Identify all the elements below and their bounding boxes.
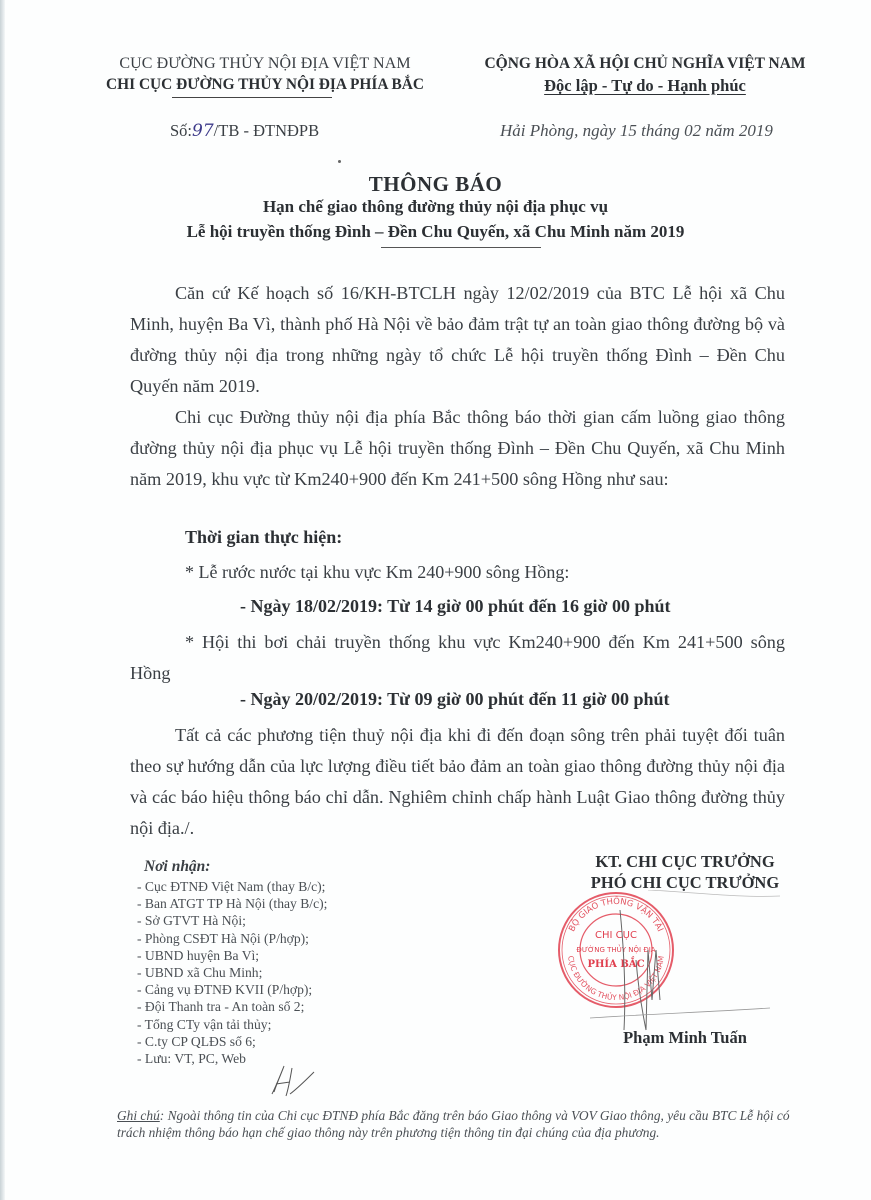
recipient-item: - Cục ĐTNĐ Việt Nam (thay B/c); bbox=[137, 878, 327, 895]
document-title: THÔNG BÁO bbox=[0, 172, 871, 197]
doc-number-suffix: /TB - ĐTNĐPB bbox=[214, 121, 319, 140]
paragraph-announcement: Chi cục Đường thủy nội địa phía Bắc thôn… bbox=[130, 402, 785, 495]
document-page: CỤC ĐƯỜNG THỦY NỘI ĐỊA VIỆT NAM CHI CỤC … bbox=[0, 0, 871, 1200]
document-subtitle-line1: Hạn chế giao thông đường thủy nội địa ph… bbox=[0, 197, 871, 217]
handwritten-signature bbox=[590, 890, 780, 1040]
scan-speck bbox=[338, 160, 341, 163]
document-number: Số:97/TB - ĐTNĐPB bbox=[170, 121, 319, 141]
paragraph-compliance-text: Tất cả các phương tiện thuỷ nội địa khi … bbox=[130, 720, 785, 844]
agency-name: CHI CỤC ĐƯỜNG THỦY NỘI ĐỊA PHÍA BẮC bbox=[80, 76, 450, 94]
recipient-item: - C.ty CP QLĐS số 6; bbox=[137, 1033, 327, 1050]
event-2-description-text: * Hội thi bơi chải truyền thống khu vực … bbox=[130, 627, 785, 689]
schedule-heading: Thời gian thực hiện: bbox=[185, 527, 342, 548]
paragraph-basis-text: Căn cứ Kế hoạch số 16/KH-BTCLH ngày 12/0… bbox=[130, 278, 785, 402]
agency-parent: CỤC ĐƯỜNG THỦY NỘI ĐỊA VIỆT NAM bbox=[80, 55, 450, 73]
footnote-text: : Ngoài thông tin của Chi cục ĐTNĐ phía … bbox=[117, 1108, 790, 1140]
recipient-item: - Sở GTVT Hà Nội; bbox=[137, 912, 327, 929]
footnote-label: Ghi chú bbox=[117, 1108, 160, 1123]
recipient-item: - Cảng vụ ĐTNĐ KVII (P/hợp); bbox=[137, 981, 327, 998]
paragraph-basis: Căn cứ Kế hoạch số 16/KH-BTCLH ngày 12/0… bbox=[130, 278, 785, 402]
recipient-item: - Tổng CTy vận tải thủy; bbox=[137, 1016, 327, 1033]
event-1-description: * Lễ rước nước tại khu vực Km 240+900 sô… bbox=[185, 562, 569, 583]
subtitle-underline bbox=[381, 247, 541, 248]
national-motto: Độc lập - Tự do - Hạnh phúc bbox=[460, 76, 830, 96]
paragraph-compliance: Tất cả các phương tiện thuỷ nội địa khi … bbox=[130, 720, 785, 844]
doc-number-prefix: Số: bbox=[170, 121, 192, 140]
event-2-time: - Ngày 20/02/2019: Từ 09 giờ 00 phút đến… bbox=[240, 689, 669, 710]
signer-name: Phạm Minh Tuấn bbox=[540, 1028, 830, 1048]
signature-on-behalf: KT. CHI CỤC TRƯỞNG bbox=[540, 852, 830, 872]
event-1-time: - Ngày 18/02/2019: Từ 14 giờ 00 phút đến… bbox=[240, 596, 670, 617]
agency-underline bbox=[172, 97, 332, 98]
recipient-item: - Đội Thanh tra - An toàn số 2; bbox=[137, 998, 327, 1015]
handwritten-initials bbox=[262, 1060, 322, 1100]
event-2-description: * Hội thi bơi chải truyền thống khu vực … bbox=[130, 627, 785, 689]
place-date: Hải Phòng, ngày 15 tháng 02 năm 2019 bbox=[500, 121, 773, 141]
footnote: Ghi chú: Ngoài thông tin của Chi cục ĐTN… bbox=[117, 1107, 807, 1141]
recipients-list: - Cục ĐTNĐ Việt Nam (thay B/c); - Ban AT… bbox=[137, 878, 327, 1067]
recipient-item: - UBND xã Chu Minh; bbox=[137, 964, 327, 981]
recipients-title: Nơi nhận: bbox=[144, 858, 210, 876]
recipient-item: - UBND huyện Ba Vì; bbox=[137, 947, 327, 964]
recipient-item: - Ban ATGT TP Hà Nội (thay B/c); bbox=[137, 895, 327, 912]
recipient-item: - Phòng CSĐT Hà Nội (P/hợp); bbox=[137, 930, 327, 947]
document-subtitle-line2: Lễ hội truyền thống Đình – Đền Chu Quyến… bbox=[0, 222, 871, 242]
doc-number-handwritten: 97 bbox=[192, 121, 214, 141]
country-name: CỘNG HÒA XÃ HỘI CHỦ NGHĨA VIỆT NAM bbox=[460, 55, 830, 73]
paragraph-announcement-text: Chi cục Đường thủy nội địa phía Bắc thôn… bbox=[130, 402, 785, 495]
